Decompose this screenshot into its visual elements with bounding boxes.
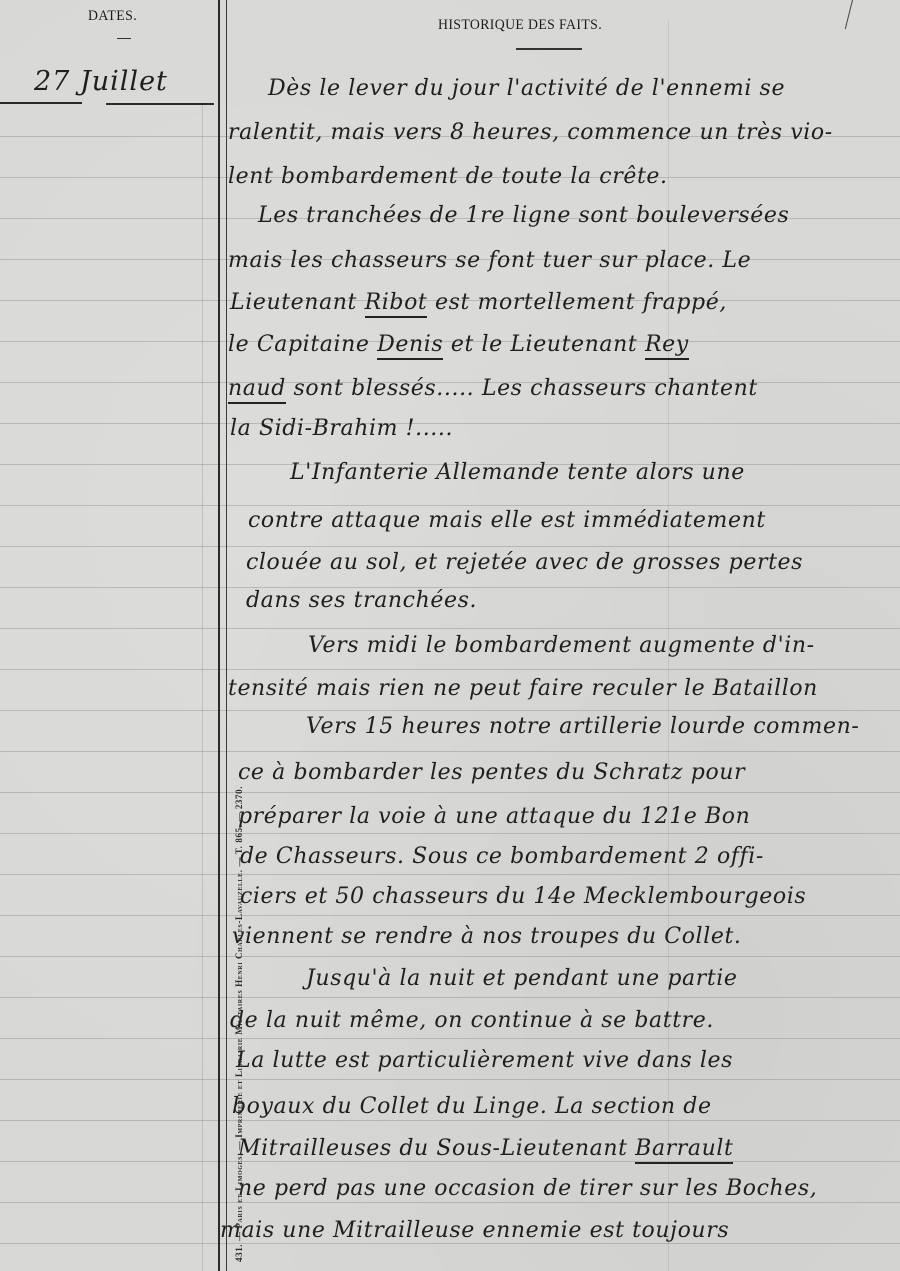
entry-line: Mitrailleuses du Sous-Lieutenant Barraul… <box>238 1138 733 1160</box>
entry-line: dans ses tranchées. <box>246 590 477 612</box>
dates-header-dash <box>117 38 131 39</box>
officer-name-underlined: Barrault <box>635 1136 733 1164</box>
date-day: 27 <box>34 66 70 97</box>
entry-line: préparer la voie à une attaque du 121e B… <box>238 806 750 828</box>
date-column-faint-rule <box>202 105 203 1271</box>
entry-line: Vers 15 heures notre artillerie lourde c… <box>306 716 859 738</box>
entry-line: ralentit, mais vers 8 heures, commence u… <box>228 122 833 144</box>
officer-name-underlined: Rey <box>645 332 689 360</box>
entry-line: Dès le lever du jour l'activité de l'enn… <box>268 78 785 100</box>
entry-text: Mitrailleuses du Sous-Lieutenant <box>238 1136 635 1161</box>
entry-line: La lutte est particulièrement vive dans … <box>236 1050 733 1072</box>
date-month: Juillet <box>80 66 168 97</box>
column-divider-inner-rule <box>226 0 227 1271</box>
officer-name-underlined: Denis <box>377 332 443 360</box>
entry-line: lent bombardement de toute la crête. <box>228 166 668 188</box>
date-entry: 27 Juillet <box>0 66 216 106</box>
entry-line: Jusqu'à la nuit et pendant une partie <box>306 968 738 990</box>
date-underline-right <box>106 103 214 105</box>
entry-text: et le Lieutenant <box>443 332 645 357</box>
entry-text: Lieutenant <box>230 290 365 315</box>
entry-text: le Capitaine <box>228 332 377 357</box>
historique-header-rule <box>516 48 582 50</box>
entry-line: ne perd pas une occasion de tirer sur le… <box>238 1178 817 1200</box>
entry-line: Vers midi le bombardement augmente d'in- <box>308 635 815 657</box>
entry-line: naud sont blessés..... Les chasseurs cha… <box>228 378 758 400</box>
war-diary-page: DATES. HISTORIQUE DES FAITS. 27 Juillet … <box>0 0 900 1271</box>
entry-line: Les tranchées de 1re ligne sont boulever… <box>258 205 789 227</box>
entry-line: clouée au sol, et rejetée avec de grosse… <box>246 552 803 574</box>
entry-line: mais une Mitrailleuse ennemie est toujou… <box>220 1220 729 1242</box>
officer-name-underlined: Ribot <box>365 290 428 318</box>
entry-line: mais les chasseurs se font tuer sur plac… <box>228 250 751 272</box>
entry-text: est mortellement frappé, <box>427 290 727 315</box>
officer-name-underlined: naud <box>228 376 286 404</box>
entry-line: de Chasseurs. Sous ce bombardement 2 off… <box>240 846 764 868</box>
entry-line: L'Infanterie Allemande tente alors une <box>290 462 745 484</box>
entry-line: de la nuit même, on continue à se battre… <box>230 1010 714 1032</box>
date-text: 27 Juillet <box>34 66 168 97</box>
dates-column-header: DATES. <box>88 8 137 25</box>
entry-line: le Capitaine Denis et le Lieutenant Rey <box>228 334 689 356</box>
entry-line: ce à bombarder les pentes du Schratz pou… <box>238 762 745 784</box>
date-underline-left <box>0 102 82 104</box>
printer-imprint: 431. — Paris et Limoges. — Imprimerie et… <box>234 786 244 1262</box>
entry-line: boyaux du Collet du Linge. La section de <box>232 1096 712 1118</box>
entry-line: Lieutenant Ribot est mortellement frappé… <box>230 292 727 314</box>
entry-line: tensité mais rien ne peut faire reculer … <box>228 678 818 700</box>
entry-line: la Sidi-Brahim !..... <box>230 418 453 440</box>
pencil-mark <box>845 0 853 29</box>
entry-line: viennent se rendre à nos troupes du Coll… <box>232 926 741 948</box>
column-divider-outer-rule <box>218 0 220 1271</box>
historique-column-header: HISTORIQUE DES FAITS. <box>438 17 602 34</box>
entry-line: contre attaque mais elle est immédiateme… <box>248 510 766 532</box>
entry-line: ciers et 50 chasseurs du 14e Mecklembour… <box>240 886 806 908</box>
entry-text: sont blessés..... Les chasseurs chantent <box>286 376 758 401</box>
